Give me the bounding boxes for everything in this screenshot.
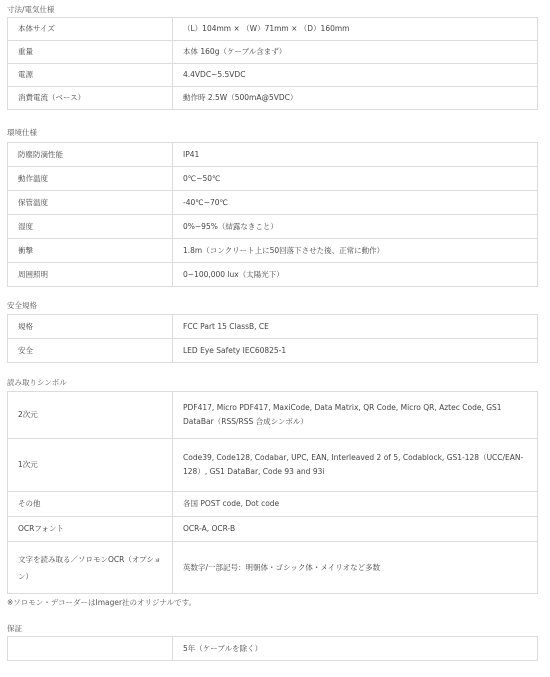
row-label: 本体サイズ (8, 18, 173, 41)
dimensions-table: 本体サイズ （L）104mm × （W）71mm × （D）160mm 重量 本… (7, 17, 538, 110)
row-label: 1次元 (8, 439, 173, 492)
table-row: 周囲照明 0~100,000 lux（太陽光下） (8, 263, 538, 287)
table-row: 重量 本体 160g（ケーブル含まず） (8, 41, 538, 64)
row-label: 消費電流（ベース） (8, 87, 173, 110)
row-value: -40℃~70℃ (173, 191, 538, 215)
row-value: 各国 POST code, Dot code (173, 492, 538, 517)
row-value: FCC Part 15 ClassB, CE (173, 315, 538, 339)
warranty-table: 5年（ケーブルを除く） (7, 636, 538, 661)
section-title-warranty: 保証 (7, 623, 22, 634)
section-title-environment: 環境仕様 (7, 127, 37, 138)
section-title-dimensions: 寸法/電気仕様 (7, 4, 55, 15)
row-value: 動作時 2.5W（500mA@5VDC） (173, 87, 538, 110)
row-label: 保管温度 (8, 191, 173, 215)
row-label (8, 637, 173, 661)
table-row: 本体サイズ （L）104mm × （W）71mm × （D）160mm (8, 18, 538, 41)
environment-table: 防塵防滴性能 IP41 動作温度 0℃~50℃ 保管温度 -40℃~70℃ 湿度… (7, 142, 538, 287)
row-label: その他 (8, 492, 173, 517)
symbols-table: 2次元 PDF417, Micro PDF417, MaxiCode, Data… (7, 391, 538, 594)
table-row: 消費電流（ベース） 動作時 2.5W（500mA@5VDC） (8, 87, 538, 110)
row-value: PDF417, Micro PDF417, MaxiCode, Data Mat… (173, 392, 538, 439)
row-label: 規格 (8, 315, 173, 339)
row-value: OCR-A, OCR-B (173, 517, 538, 542)
row-value: 英数字/一部記号：明朝体・ゴシック体・メイリオなど多数 (173, 542, 538, 594)
table-row: 動作温度 0℃~50℃ (8, 167, 538, 191)
table-row: OCRフォント OCR-A, OCR-B (8, 517, 538, 542)
table-row: 2次元 PDF417, Micro PDF417, MaxiCode, Data… (8, 392, 538, 439)
row-label: OCRフォント (8, 517, 173, 542)
row-label: 防塵防滴性能 (8, 143, 173, 167)
row-label: 重量 (8, 41, 173, 64)
table-row: その他 各国 POST code, Dot code (8, 492, 538, 517)
row-value: 0%~95%（結露なきこと） (173, 215, 538, 239)
row-label: 動作温度 (8, 167, 173, 191)
section-title-symbols: 読み取りシンボル (7, 377, 67, 388)
footnote: ※ソロモン・デコーダーはImager社のオリジナルです。 (7, 597, 196, 608)
table-row: 防塵防滴性能 IP41 (8, 143, 538, 167)
table-row: 保管温度 -40℃~70℃ (8, 191, 538, 215)
table-row: 文字を読み取る／ソロモンOCR（オプション） 英数字/一部記号：明朝体・ゴシック… (8, 542, 538, 594)
table-row: 1次元 Code39, Code128, Codabar, UPC, EAN, … (8, 439, 538, 492)
row-value: （L）104mm × （W）71mm × （D）160mm (173, 18, 538, 41)
row-value: 本体 160g（ケーブル含まず） (173, 41, 538, 64)
row-label: 湿度 (8, 215, 173, 239)
row-label: 電源 (8, 64, 173, 87)
table-row: 電源 4.4VDC~5.5VDC (8, 64, 538, 87)
table-row: 5年（ケーブルを除く） (8, 637, 538, 661)
row-label: 安全 (8, 339, 173, 363)
row-label: 衝撃 (8, 239, 173, 263)
safety-table: 規格 FCC Part 15 ClassB, CE 安全 LED Eye Saf… (7, 314, 538, 363)
table-row: 安全 LED Eye Safety IEC60825-1 (8, 339, 538, 363)
section-title-safety: 安全規格 (7, 300, 37, 311)
row-label: 文字を読み取る／ソロモンOCR（オプション） (8, 542, 173, 594)
row-value: 1.8m（コンクリート上に50回落下させた後、正常に動作） (173, 239, 538, 263)
table-row: 湿度 0%~95%（結露なきこと） (8, 215, 538, 239)
row-value: 4.4VDC~5.5VDC (173, 64, 538, 87)
table-row: 衝撃 1.8m（コンクリート上に50回落下させた後、正常に動作） (8, 239, 538, 263)
row-label: 周囲照明 (8, 263, 173, 287)
row-value: 0~100,000 lux（太陽光下） (173, 263, 538, 287)
row-value: LED Eye Safety IEC60825-1 (173, 339, 538, 363)
row-value: 0℃~50℃ (173, 167, 538, 191)
table-row: 規格 FCC Part 15 ClassB, CE (8, 315, 538, 339)
row-value: IP41 (173, 143, 538, 167)
row-label: 2次元 (8, 392, 173, 439)
row-value: Code39, Code128, Codabar, UPC, EAN, Inte… (173, 439, 538, 492)
row-value: 5年（ケーブルを除く） (173, 637, 538, 661)
